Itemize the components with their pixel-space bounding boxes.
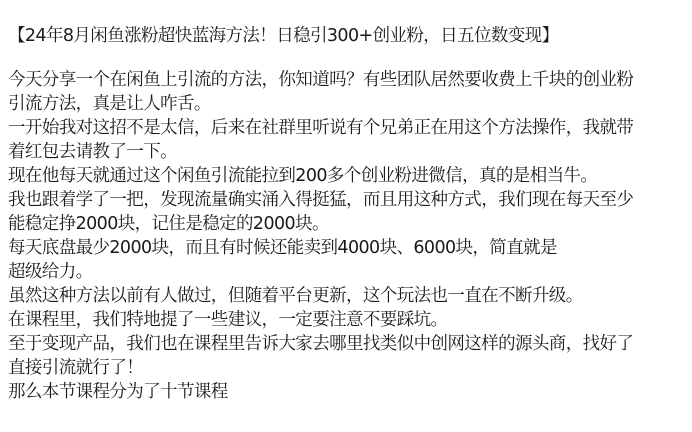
document-title: 【24年8月闲鱼涨粉超快蓝海方法！日稳引300+创业粉，日五位数变现】: [8, 24, 688, 48]
document-paragraphs: 今天分享一个在闲鱼上引流的方法，你知道吗？有些团队居然要收费上千块的创业粉 引流…: [8, 68, 688, 404]
text-line: 虽然这种方法以前有人做过，但随着平台更新，这个玩法也一直在不断升级。: [8, 284, 688, 308]
text-line: 那么本节课程分为了十节课程: [8, 380, 688, 404]
text-line: 能稳定挣2000块，记住是稳定的2000块。: [8, 212, 688, 236]
text-line: 今天分享一个在闲鱼上引流的方法，你知道吗？有些团队居然要收费上千块的创业粉: [8, 68, 688, 92]
text-line: 一开始我对这招不是太信，后来在社群里听说有个兄弟正在用这个方法操作，我就带: [8, 116, 688, 140]
text-line: 引流方法，真是让人咋舌。: [8, 92, 688, 116]
text-line: 超级给力。: [8, 260, 688, 284]
text-line: 着红包去请教了一下。: [8, 140, 688, 164]
document-body: 【24年8月闲鱼涨粉超快蓝海方法！日稳引300+创业粉，日五位数变现】 今天分享…: [8, 24, 688, 404]
text-line: 直接引流就行了！: [8, 356, 688, 380]
text-line: 我也跟着学了一把，发现流量确实涌入得挺猛，而且用这种方式，我们现在每天至少: [8, 188, 688, 212]
text-line: 现在他每天就通过这个闲鱼引流能拉到200多个创业粉进微信，真的是相当牛。: [8, 164, 688, 188]
text-line: 每天底盘最少2000块，而且有时候还能卖到4000块、6000块，简直就是: [8, 236, 688, 260]
text-line: 至于变现产品，我们也在课程里告诉大家去哪里找类似中创网这样的源头商，找好了: [8, 332, 688, 356]
text-line: 在课程里，我们特地提了一些建议，一定要注意不要踩坑。: [8, 308, 688, 332]
